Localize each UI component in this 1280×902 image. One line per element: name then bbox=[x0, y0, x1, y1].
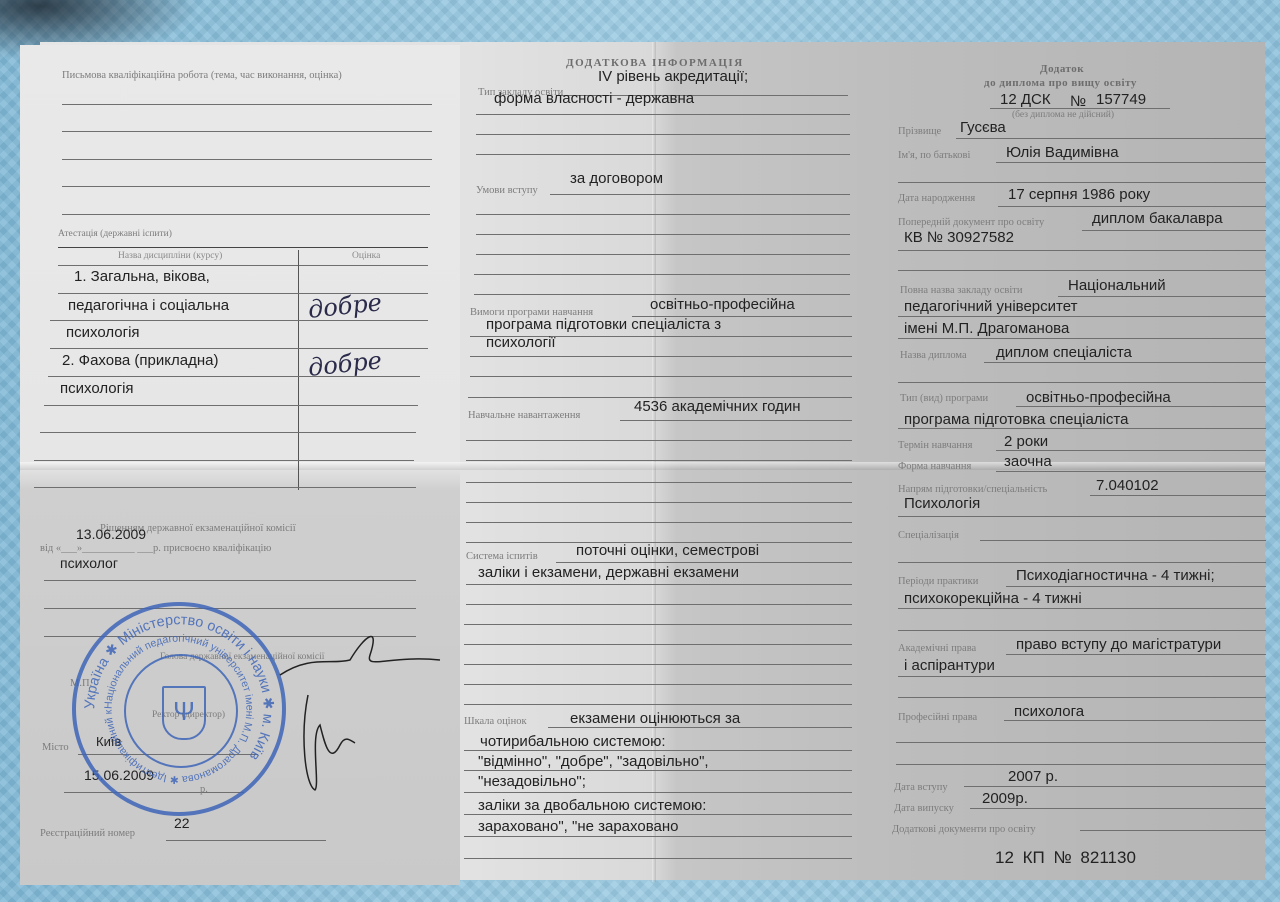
specialty-value: Психологія bbox=[904, 495, 980, 512]
trident-emblem-icon: Ψ bbox=[162, 686, 206, 740]
diploma-name-value: диплом спеціаліста bbox=[996, 344, 1132, 361]
table-header-discipline: Назва дисципліни (курсу) bbox=[118, 251, 222, 261]
field-label: Періоди практики bbox=[898, 576, 978, 587]
appendix-title: Додаток bbox=[1040, 63, 1084, 75]
field-value: за договором bbox=[570, 170, 663, 187]
horizontal-fold bbox=[20, 462, 1265, 470]
field-value: 4536 академічних годин bbox=[634, 398, 801, 415]
field-value: заліки за двобальною системою: bbox=[478, 797, 706, 814]
field-value: екзамени оцінюються за bbox=[570, 710, 740, 727]
birthdate-value: 17 серпня 1986 року bbox=[1008, 186, 1150, 203]
field-value: заліки і екзамени, державні екзамени bbox=[478, 564, 739, 581]
table-row: педагогічна і соціальна bbox=[68, 297, 229, 314]
diploma-number: 157749 bbox=[1096, 91, 1146, 108]
table-header-grade: Оцінка bbox=[352, 251, 380, 261]
table-row: 2. Фахова (прикладна) bbox=[62, 352, 218, 369]
institution-value: імені М.П. Драгоманова bbox=[904, 320, 1069, 337]
practice-value: Психодіагностична - 4 тижні; bbox=[1016, 567, 1215, 584]
graduation-date-value: 2009р. bbox=[982, 790, 1028, 807]
field-value: програма підготовки спеціаліста з bbox=[486, 316, 721, 333]
program-type-value: освітньо-професійна bbox=[1026, 389, 1171, 406]
qualification-value: психолог bbox=[60, 555, 118, 571]
table-column-divider bbox=[298, 250, 299, 490]
form-number: 12 КП № 821130 bbox=[995, 848, 1136, 868]
institution-value: педагогічний університет bbox=[904, 298, 1077, 315]
table-row: психологія bbox=[60, 380, 134, 397]
field-label: Ім'я, по батькові bbox=[898, 150, 970, 161]
signatures bbox=[270, 615, 450, 805]
field-label: Спеціалізація bbox=[898, 530, 959, 541]
field-label: Система іспитів bbox=[466, 551, 538, 562]
awarded-label: від «___»__________ ___р. присвоєно квал… bbox=[40, 543, 271, 554]
diploma-series: 12 ДСК bbox=[1000, 91, 1051, 108]
field-label: Термін навчання bbox=[898, 440, 972, 451]
field-value: психології bbox=[486, 334, 556, 351]
field-label: Назва диплома bbox=[900, 350, 967, 361]
validity-note: (без диплома не дійсний) bbox=[1012, 110, 1114, 120]
field-label: Додаткові документи про освіту bbox=[892, 824, 1036, 835]
table-row: 1. Загальна, вікова, bbox=[74, 268, 210, 285]
field-value: "відмінно", "добре", "задовільно", bbox=[478, 753, 709, 770]
field-value: чотирибальною системою: bbox=[480, 733, 666, 750]
previous-doc-value: диплом бакалавра bbox=[1092, 210, 1223, 227]
academic-rights-value: право вступу до магістратури bbox=[1016, 636, 1221, 653]
field-value: IV рівень акредитації; bbox=[598, 68, 748, 85]
field-value: форма власності - державна bbox=[494, 90, 694, 107]
written-work-label: Письмова кваліфікаційна робота (тема, ча… bbox=[62, 70, 342, 81]
field-label: Шкала оцінок bbox=[464, 716, 527, 727]
field-label: Навчальне навантаження bbox=[468, 410, 580, 421]
field-value: поточні оцінки, семестрові bbox=[576, 542, 759, 559]
field-label: Форма навчання bbox=[898, 461, 971, 472]
city-label: Місто bbox=[42, 742, 69, 753]
field-label: Повна назва закладу освіти bbox=[900, 285, 1023, 296]
field-label: Прізвище bbox=[898, 126, 941, 137]
institution-value: Національний bbox=[1068, 277, 1166, 294]
field-label: Попередній документ про освіту bbox=[898, 217, 1044, 228]
academic-rights-value: і аспірантури bbox=[904, 657, 995, 674]
program-type-value: програма підготовка спеціаліста bbox=[904, 411, 1128, 428]
table-row: психологія bbox=[66, 324, 140, 341]
professional-rights-value: психолога bbox=[1014, 703, 1084, 720]
specialty-code-value: 7.040102 bbox=[1096, 477, 1159, 494]
field-value: освітньо-професійна bbox=[650, 296, 795, 313]
study-form-value: заочна bbox=[1004, 453, 1052, 470]
appendix-subtitle: до диплома про вищу освіту bbox=[984, 77, 1137, 89]
field-label: Тип (вид) програми bbox=[900, 393, 988, 404]
registration-label: Реєстраційний номер bbox=[40, 828, 135, 839]
study-term-value: 2 роки bbox=[1004, 433, 1048, 450]
field-label: Напрям підготовки/спеціальність bbox=[898, 484, 1047, 495]
field-label: Професійні права bbox=[898, 712, 977, 723]
field-label: Академічні права bbox=[898, 643, 976, 654]
commission-date: 13.06.2009 bbox=[76, 526, 146, 542]
seal-inner-circle: Ψ bbox=[124, 654, 238, 768]
field-value: зараховано", "не зараховано bbox=[478, 818, 678, 835]
entry-date-value: 2007 р. bbox=[1008, 768, 1058, 785]
field-value: "незадовільно"; bbox=[478, 773, 586, 790]
practice-value: психокорекційна - 4 тижні bbox=[904, 590, 1082, 607]
previous-doc-number: КВ № 30927582 bbox=[904, 229, 1014, 246]
surname-value: Гусєва bbox=[960, 119, 1006, 136]
name-value: Юлія Вадимівна bbox=[1006, 144, 1119, 161]
attestation-label: Атестація (державні іспити) bbox=[58, 229, 172, 239]
field-label: Дата народження bbox=[898, 193, 975, 204]
field-label: Дата вступу bbox=[894, 782, 948, 793]
official-seal: Україна ✱ Міністерство освіти і науки ✱ … bbox=[72, 602, 286, 816]
field-label: Умови вступу bbox=[476, 185, 538, 196]
registration-number: 22 bbox=[174, 815, 190, 831]
field-label: Дата випуску bbox=[894, 803, 954, 814]
